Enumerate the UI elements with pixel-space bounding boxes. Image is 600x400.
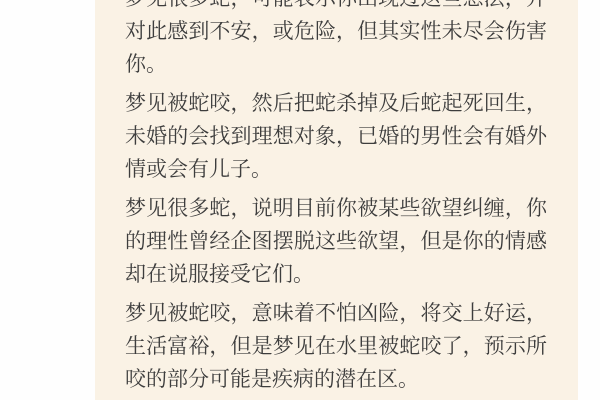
article-content: 梦见很多蛇，可能表示你出现过这些想法，并对此感到不安，或危险，但其实性未尽会伤害… xyxy=(95,0,547,396)
article-panel: 梦见很多蛇，可能表示你出现过这些想法，并对此感到不安，或危险，但其实性未尽会伤害… xyxy=(95,0,578,400)
paragraph-snake-bite-rebirth: 梦见被蛇咬，然后把蛇杀掉及后蛇起死回生，未婚的会找到理想对象，已婚的男性会有婚外… xyxy=(125,87,547,186)
paragraph-many-snakes-desire: 梦见很多蛇，说明目前你被某些欲望纠缠，你的理性曾经企图摆脱这些欲望，但是你的情感… xyxy=(125,192,547,291)
paragraph-snake-bite-luck: 梦见被蛇咬，意味着不怕凶险，将交上好运，生活富裕，但是梦见在水里被蛇咬了，预示所… xyxy=(125,297,547,396)
paragraph-snake-thoughts: 梦见很多蛇，可能表示你出现过这些想法，并对此感到不安，或危险，但其实性未尽会伤害… xyxy=(125,0,547,81)
page-background: 梦见很多蛇，可能表示你出现过这些想法，并对此感到不安，或危险，但其实性未尽会伤害… xyxy=(0,0,600,400)
